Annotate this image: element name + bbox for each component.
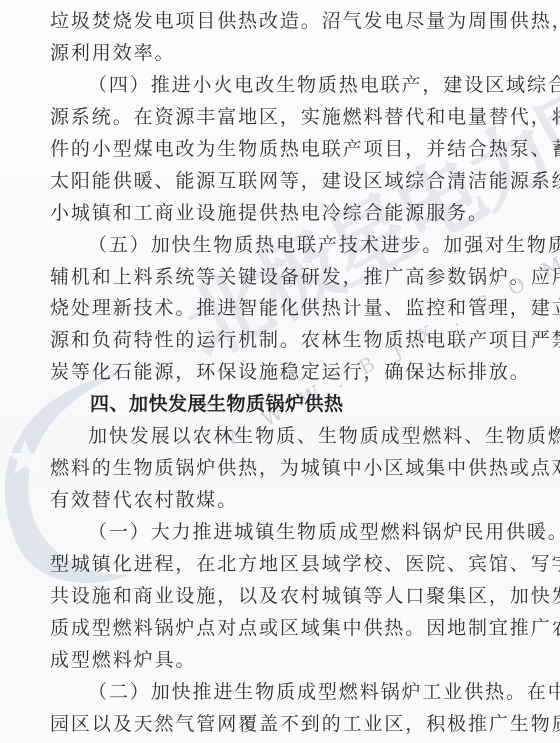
paragraph-line: 燃料的生物质锅炉供热，为城镇中小区域集中供热或点对点供热， <box>50 455 560 481</box>
paragraph-line: 源系统。在资源丰富地区，实施燃料替代和电量替代，将具备条 <box>50 104 560 130</box>
paragraph-line: 质成型燃料锅炉点对点或区域集中供热。因地制宜推广农村户用 <box>50 615 560 641</box>
paragraph-line: 共设施和商业设施，以及农村城镇等人口聚集区，加快发展生物 <box>50 583 560 609</box>
paragraph-line: 件的小型煤电改为生物质热电联产项目，并结合热泵、蓄热装置、 <box>50 136 560 162</box>
paragraph-line: 源利用效率。 <box>50 40 175 66</box>
paragraph-line: 源和负荷特性的运行机制。农林生物质热电联产项目严禁掺烧煤 <box>50 327 560 353</box>
paragraph-line: 有效替代农村散煤。 <box>50 487 238 513</box>
paragraph-line: 太阳能供暖、能源互联网等，建设区域综合清洁能源系统，为中 <box>50 168 560 194</box>
paragraph-line: 辅机和上料系统等关键设备研发，推广高参数锅炉。应用垃圾焚 <box>50 264 560 290</box>
paragraph-line: 烧处理新技术。推进智能化供热计量、监控和管理，建立适应资 <box>50 295 560 321</box>
paragraph-start-line: （二）加快推进生物质成型燃料锅炉工业供热。在中小工业 <box>88 679 560 705</box>
paragraph-line: 成型燃料炉具。 <box>50 647 196 673</box>
paragraph-start-line: （五）加快生物质热电联产技术进步。加强对生物质锅炉、 <box>88 232 560 258</box>
section-heading: 四、加快发展生物质锅炉供热 <box>90 391 344 417</box>
paragraph-line: 垃圾焚烧发电项目供热改造。沼气发电尽量为周围供热，提高能 <box>50 8 560 34</box>
paragraph-line: 型城镇化进程，在北方地区县域学校、医院、宾馆、写字楼等公 <box>50 551 560 577</box>
paragraph-start-line: （四）推进小火电改生物质热电联产，建设区域综合清洁能 <box>88 72 560 98</box>
paragraph-line: 园区以及天然气管网覆盖不到的工业区，积极推广生物质成型燃 <box>50 711 560 737</box>
paragraph-start-line: 加快发展以农林生物质、生物质成型燃料、生物质燃气等为 <box>88 423 560 449</box>
document-page: 北极星电力网 WWW.BJX.COM.CN 垃圾焚烧发电项目供热改造。沼气发电尽… <box>0 0 560 743</box>
paragraph-line: 炭等化石能源，环保设施稳定运行，确保达标排放。 <box>50 359 531 385</box>
paragraph-start-line: （一）大力推进城镇生物质成型燃料锅炉民用供暖。结合新 <box>88 519 560 545</box>
paragraph-line: 小城镇和工商业设施提供热电冷综合能源服务。 <box>50 200 489 226</box>
